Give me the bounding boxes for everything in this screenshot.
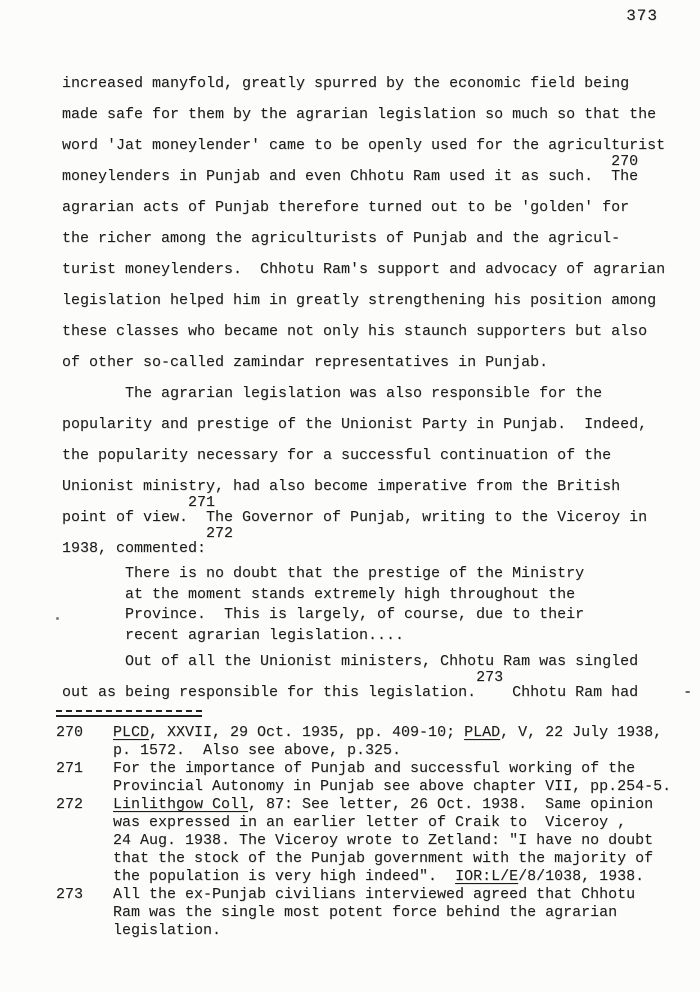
footnote-text: For the importance of Punjab and success…	[113, 760, 671, 796]
footnote-separator	[56, 710, 202, 717]
text-run: agrarian acts of Punjab therefore turned…	[62, 199, 629, 216]
text-run: /8/1038, 1938.	[518, 868, 644, 885]
text-line: of other so-called zamindar representati…	[62, 347, 670, 378]
text-run: , 87: See letter, 26 Oct. 1938. Same opi…	[248, 796, 653, 813]
text-line: Province. This is largely, of course, du…	[125, 605, 670, 626]
text-run: Unionist ministry, had also become imper…	[62, 478, 620, 495]
text-line: recent agrarian legislation....	[125, 626, 670, 647]
text-run: turist moneylenders. Chhotu Ram's suppor…	[62, 261, 665, 278]
text-line: Provincial Autonomy in Punjab see above …	[113, 778, 671, 796]
text-run: p. 1572. Also see above, p.325.	[113, 742, 401, 759]
text-run: 1938, commented:	[62, 540, 206, 557]
text-run: the population is very high indeed".	[113, 868, 455, 885]
body-paragraphs: increased manyfold, greatly spurred by t…	[62, 68, 670, 708]
text-line: The agrarian legislation was also respon…	[62, 378, 670, 409]
text-line: increased manyfold, greatly spurred by t…	[62, 68, 670, 99]
text-line: the popularity necessary for a successfu…	[62, 440, 670, 471]
text-line: out as being responsible for this legisl…	[62, 677, 670, 708]
footnote-text: PLCD, XXVII, 29 Oct. 1935, pp. 409-10; P…	[113, 724, 670, 760]
text-run: word 'Jat moneylender' came to be openly…	[62, 137, 665, 154]
underlined-citation: Linlithgow Coll	[113, 796, 248, 813]
text-run: Out of all the Unionist ministers, Chhot…	[62, 653, 638, 670]
text-run: point of view.	[62, 509, 188, 526]
text-line: Ram was the single most potent force beh…	[113, 904, 670, 922]
text-run: the richer among the agriculturists of P…	[62, 230, 620, 247]
text-line: these classes who became not only his st…	[62, 316, 670, 347]
text-line: the population is very high indeed". IOR…	[113, 868, 670, 886]
text-run: All the ex-Punjab civilians interviewed …	[113, 886, 635, 903]
text-run: The agrarian legislation was also respon…	[62, 385, 602, 402]
text-line: was expressed in an earlier letter of Cr…	[113, 814, 670, 832]
text-line: There is no doubt that the prestige of t…	[125, 564, 670, 585]
text-run: Chhotu Ram had -	[476, 684, 692, 701]
text-run: recent agrarian legislation....	[125, 627, 404, 644]
text-line: made safe for them by the agrarian legis…	[62, 99, 670, 130]
scanned-document-page: 373 increased manyfold, greatly spurred …	[0, 0, 700, 992]
text-run: made safe for them by the agrarian legis…	[62, 106, 656, 123]
footnotes-section: 270PLCD, XXVII, 29 Oct. 1935, pp. 409-10…	[56, 724, 670, 940]
underlined-citation: PLCD	[113, 724, 149, 741]
text-run: , V, 22 July 1938,	[500, 724, 662, 741]
text-line: popularity and prestige of the Unionist …	[62, 409, 670, 440]
footnote: 272Linlithgow Coll, 87: See letter, 26 O…	[56, 796, 670, 886]
footnote: 273All the ex-Punjab civilians interview…	[56, 886, 670, 940]
text-line: the richer among the agriculturists of P…	[62, 223, 670, 254]
footnote-text: Linlithgow Coll, 87: See letter, 26 Oct.…	[113, 796, 670, 886]
footnote-text: All the ex-Punjab civilians interviewed …	[113, 886, 670, 940]
text-run: For the importance of Punjab and success…	[113, 760, 635, 777]
text-run: Provincial Autonomy in Punjab see above …	[113, 778, 671, 795]
text-line: at the moment stands extremely high thro…	[125, 585, 670, 606]
text-line: point of view.271 The Governor of Punjab…	[62, 502, 670, 533]
text-run: popularity and prestige of the Unionist …	[62, 416, 647, 433]
text-run: out as being responsible for this legisl…	[62, 684, 476, 701]
text-run: , XXVII, 29 Oct. 1935, pp. 409-10;	[149, 724, 464, 741]
text-line: that the stock of the Punjab government …	[113, 850, 670, 868]
text-run: The	[611, 168, 638, 185]
underlined-citation: IOR:L/E	[455, 868, 518, 885]
text-line: For the importance of Punjab and success…	[113, 760, 671, 778]
footnote-number: 270	[56, 724, 113, 742]
text-run: increased manyfold, greatly spurred by t…	[62, 75, 629, 92]
text-line: p. 1572. Also see above, p.325.	[113, 742, 670, 760]
text-line: agrarian acts of Punjab therefore turned…	[62, 192, 670, 223]
scan-speckle	[56, 617, 59, 620]
text-line: Linlithgow Coll, 87: See letter, 26 Oct.…	[113, 796, 670, 814]
text-line: PLCD, XXVII, 29 Oct. 1935, pp. 409-10; P…	[113, 724, 670, 742]
text-run: of other so-called zamindar representati…	[62, 354, 548, 371]
text-run: moneylenders in Punjab and even Chhotu R…	[62, 168, 611, 185]
text-run: There is no doubt that the prestige of t…	[125, 565, 584, 582]
underlined-citation: PLAD	[464, 724, 500, 741]
text-line: moneylenders in Punjab and even Chhotu R…	[62, 161, 670, 192]
text-line: turist moneylenders. Chhotu Ram's suppor…	[62, 254, 670, 285]
text-line: All the ex-Punjab civilians interviewed …	[113, 886, 670, 904]
footnote: 271For the importance of Punjab and succ…	[56, 760, 670, 796]
text-run: legislation helped him in greatly streng…	[62, 292, 656, 309]
text-line: legislation.	[113, 922, 670, 940]
text-run: was expressed in an earlier letter of Cr…	[113, 814, 626, 831]
text-line: Out of all the Unionist ministers, Chhot…	[62, 646, 670, 677]
text-run: at the moment stands extremely high thro…	[125, 586, 575, 603]
text-run: Ram was the single most potent force beh…	[113, 904, 617, 921]
page-number: 373	[626, 7, 658, 25]
text-run: the popularity necessary for a successfu…	[62, 447, 611, 464]
text-line: word 'Jat moneylender' came to be openly…	[62, 130, 670, 161]
text-run: that the stock of the Punjab government …	[113, 850, 653, 867]
page-text: increased manyfold, greatly spurred by t…	[0, 0, 700, 940]
text-run: 24 Aug. 1938. The Viceroy wrote to Zetla…	[113, 832, 653, 849]
footnote: 270PLCD, XXVII, 29 Oct. 1935, pp. 409-10…	[56, 724, 670, 760]
text-run: Province. This is largely, of course, du…	[125, 606, 584, 623]
text-run: these classes who became not only his st…	[62, 323, 647, 340]
text-line: legislation helped him in greatly streng…	[62, 285, 670, 316]
footnote-number: 271	[56, 760, 113, 778]
text-run: The Governor of Punjab, writing to the V…	[188, 509, 647, 526]
footnote-number: 273	[56, 886, 113, 904]
text-line: Unionist ministry, had also become imper…	[62, 471, 670, 502]
text-run: legislation.	[113, 922, 221, 939]
footnote-number: 272	[56, 796, 113, 814]
text-line: 1938, commented:272	[62, 533, 670, 564]
text-line: 24 Aug. 1938. The Viceroy wrote to Zetla…	[113, 832, 670, 850]
